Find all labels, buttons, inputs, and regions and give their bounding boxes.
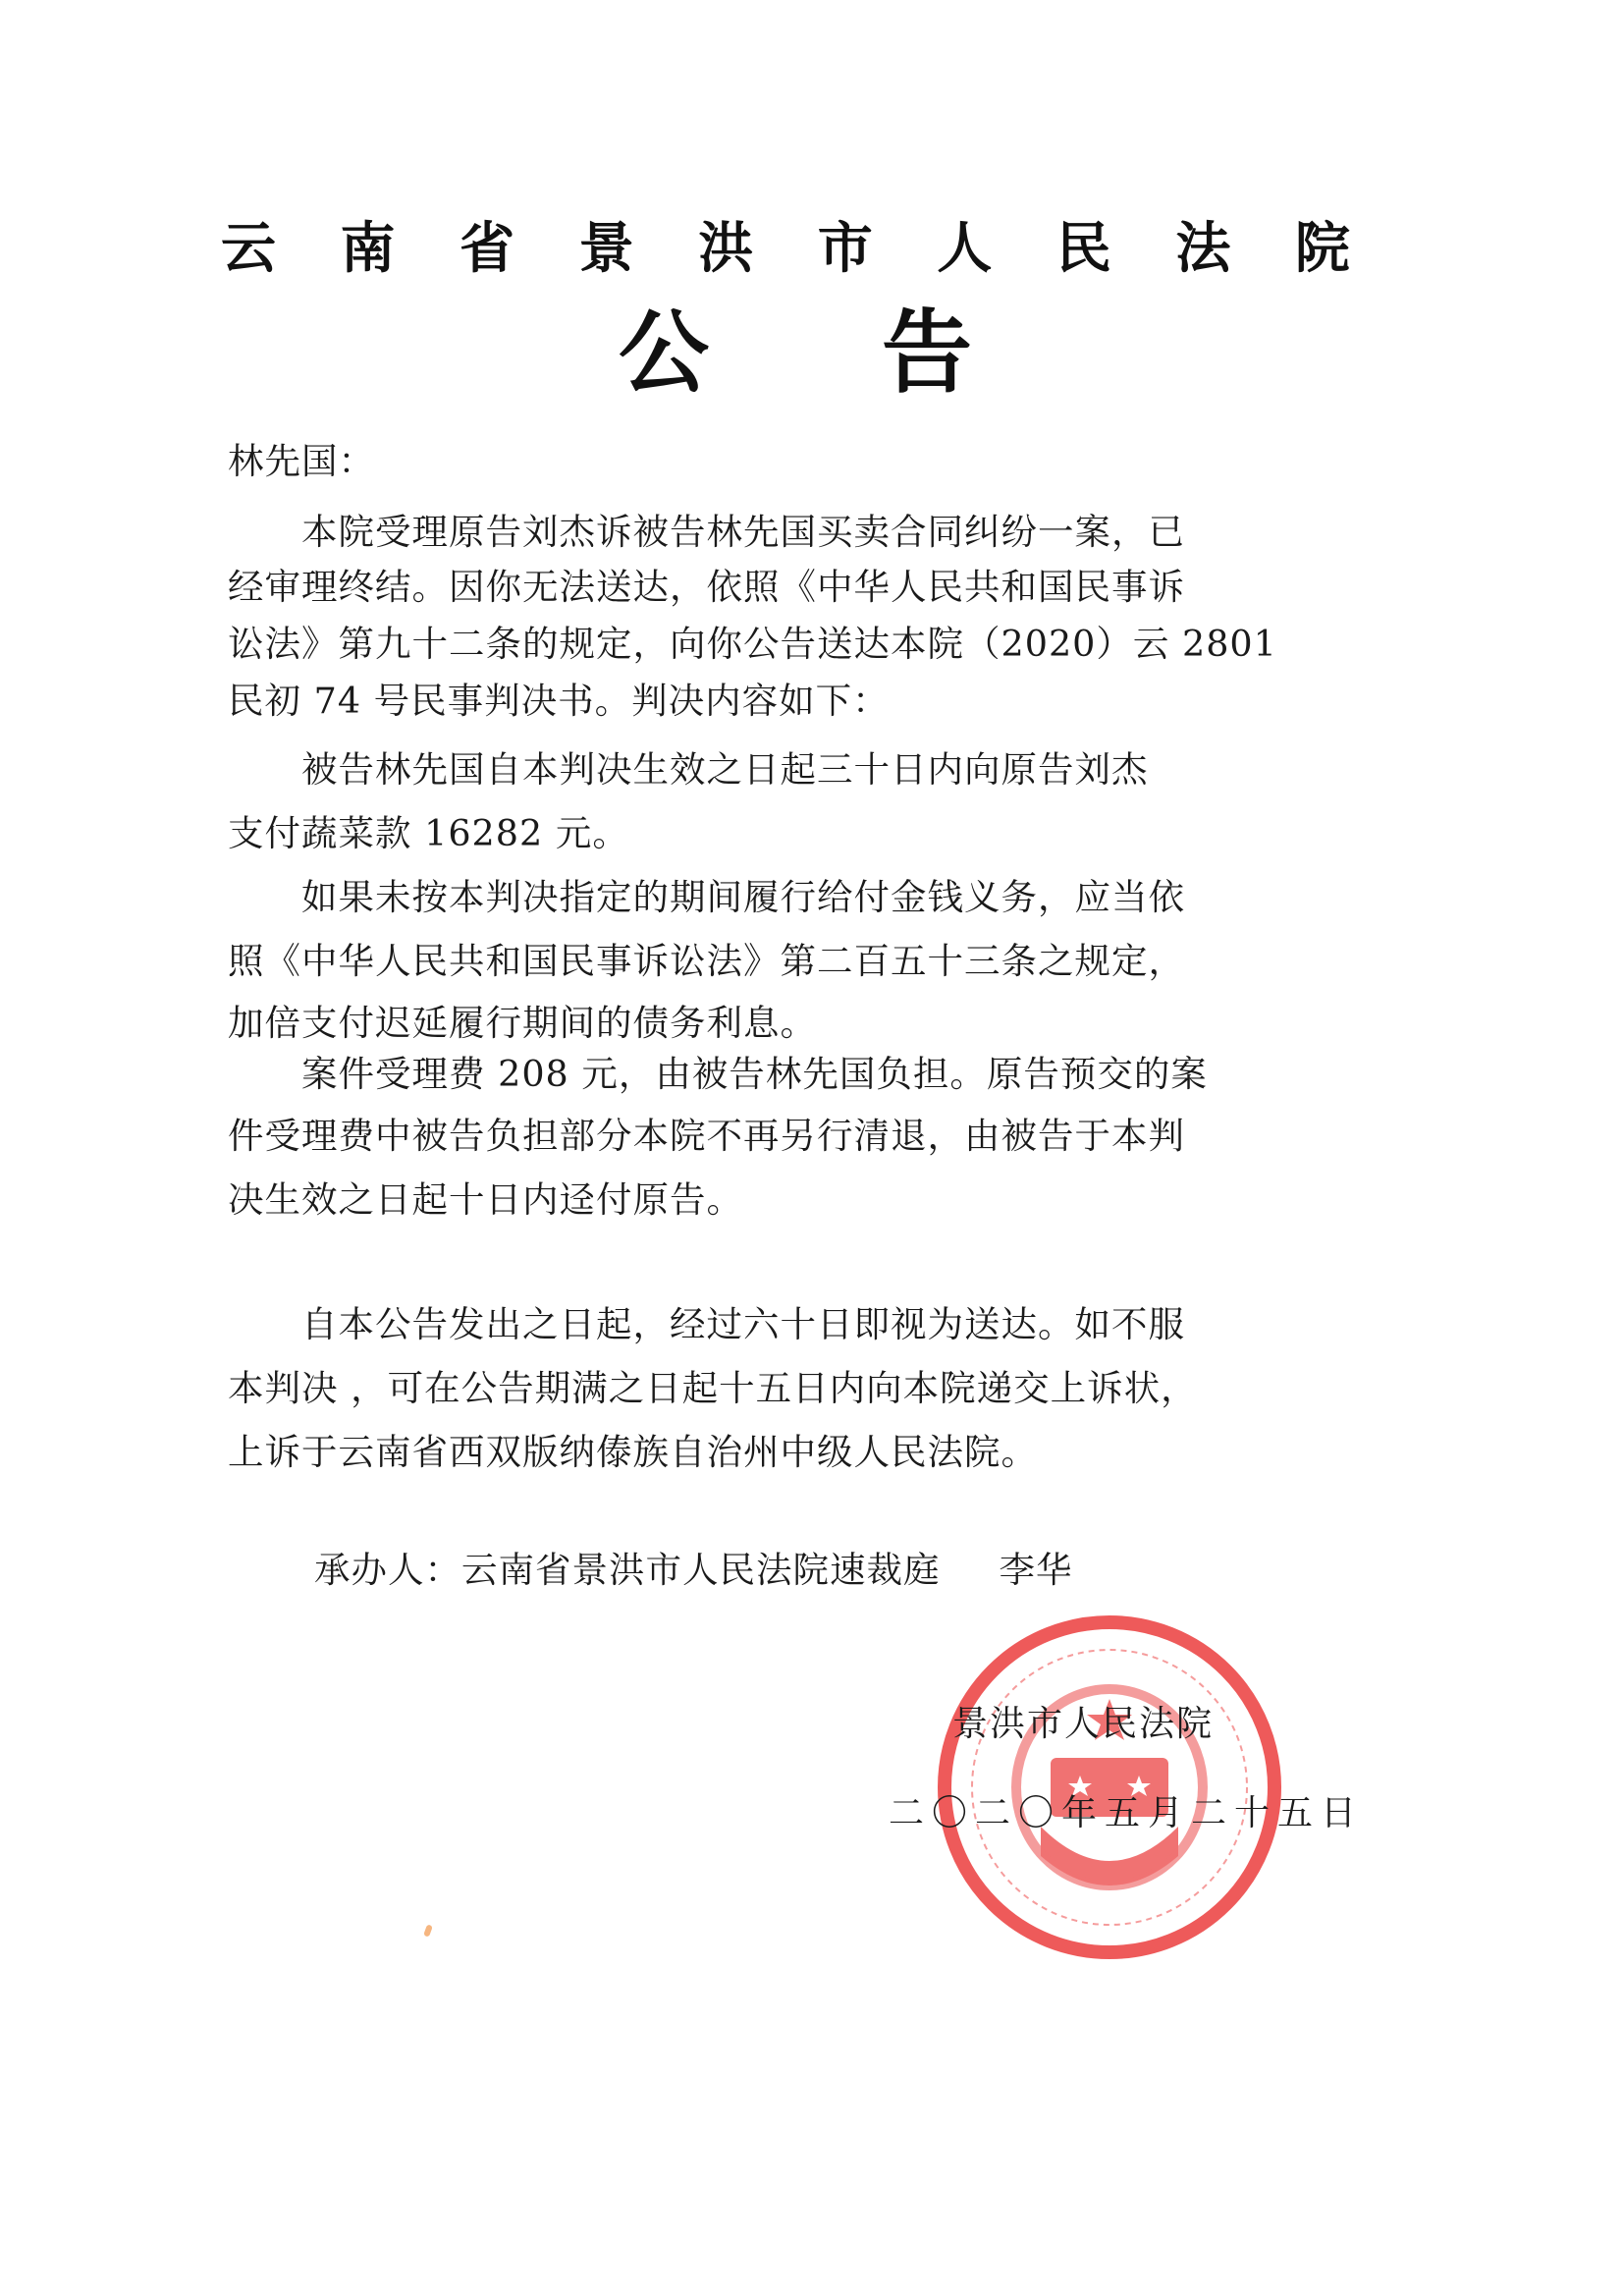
title-char: 公	[619, 304, 709, 403]
court-name-char: 洪	[698, 218, 753, 281]
court-name-char: 南	[341, 218, 396, 281]
notice-title: 公 告	[619, 304, 972, 403]
body-line: 支付蔬菜款 16282 元。	[228, 810, 629, 857]
signing-court: 景洪市人民法院	[952, 1696, 1214, 1746]
signing-date: 二〇二〇年五月二十五日	[889, 1785, 1364, 1835]
court-name-char: 人	[937, 218, 992, 281]
handler-name: 李华	[1000, 1549, 1073, 1591]
body-line: 讼法》第九十二条的规定，向你公告送达本院（2020）云 2801	[228, 621, 1277, 668]
handler-label: 承办人：云南省景洪市人民法院速裁庭	[314, 1549, 941, 1591]
body-line: 自本公告发出之日起，经过六十日即视为送达。如不服	[228, 1301, 1185, 1348]
court-name-char: 民	[1056, 218, 1111, 281]
court-name-char: 市	[818, 218, 873, 281]
court-name-char: 省	[460, 218, 514, 281]
body-line: 上诉于云南省西双版纳傣族自治州中级人民法院。	[228, 1429, 1038, 1476]
body-line: 本院受理原告刘杰诉被告林先国买卖合同纠纷一案，已	[228, 509, 1185, 556]
body-line: 件受理费中被告负担部分本院不再另行清退，由被告于本判	[228, 1113, 1185, 1160]
body-line: 加倍支付迟延履行期间的债务利息。	[228, 1000, 817, 1047]
salutation: 林先国：	[228, 438, 375, 485]
handler-line: 承办人：云南省景洪市人民法院速裁庭李华	[314, 1547, 1073, 1594]
body-line: 决生效之日起十日内迳付原告。	[228, 1176, 743, 1224]
title-char: 告	[882, 304, 972, 403]
body-line: 经审理终结。因你无法送达，依照《中华人民共和国民事诉	[228, 564, 1185, 611]
body-line: 案件受理费 208 元，由被告林先国负担。原告预交的案	[228, 1051, 1208, 1098]
court-name-char: 法	[1175, 218, 1230, 281]
court-name-char: 景	[579, 218, 634, 281]
body-line: 照《中华人民共和国民事诉讼法》第二百五十三条之规定，	[228, 938, 1185, 985]
scan-speck	[423, 1924, 433, 1937]
body-line: 如果未按本判决指定的期间履行给付金钱义务，应当依	[228, 874, 1185, 921]
notice-document: 云 南 省 景 洪 市 人 民 法 院 公 告 林先国： 本院受理原告刘杰诉被告…	[0, 0, 1623, 2296]
body-line: 民初 74 号民事判决书。判决内容如下：	[228, 678, 890, 725]
court-name-char: 院	[1295, 218, 1350, 281]
body-line: 被告林先国自本判决生效之日起三十日内向原告刘杰	[228, 746, 1149, 793]
court-name-char: 云	[221, 218, 276, 281]
body-line: 本判决 ，可在公告期满之日起十五日内向本院递交上诉状，	[228, 1365, 1198, 1412]
court-name-heading: 云 南 省 景 洪 市 人 民 法 院	[221, 218, 1350, 281]
